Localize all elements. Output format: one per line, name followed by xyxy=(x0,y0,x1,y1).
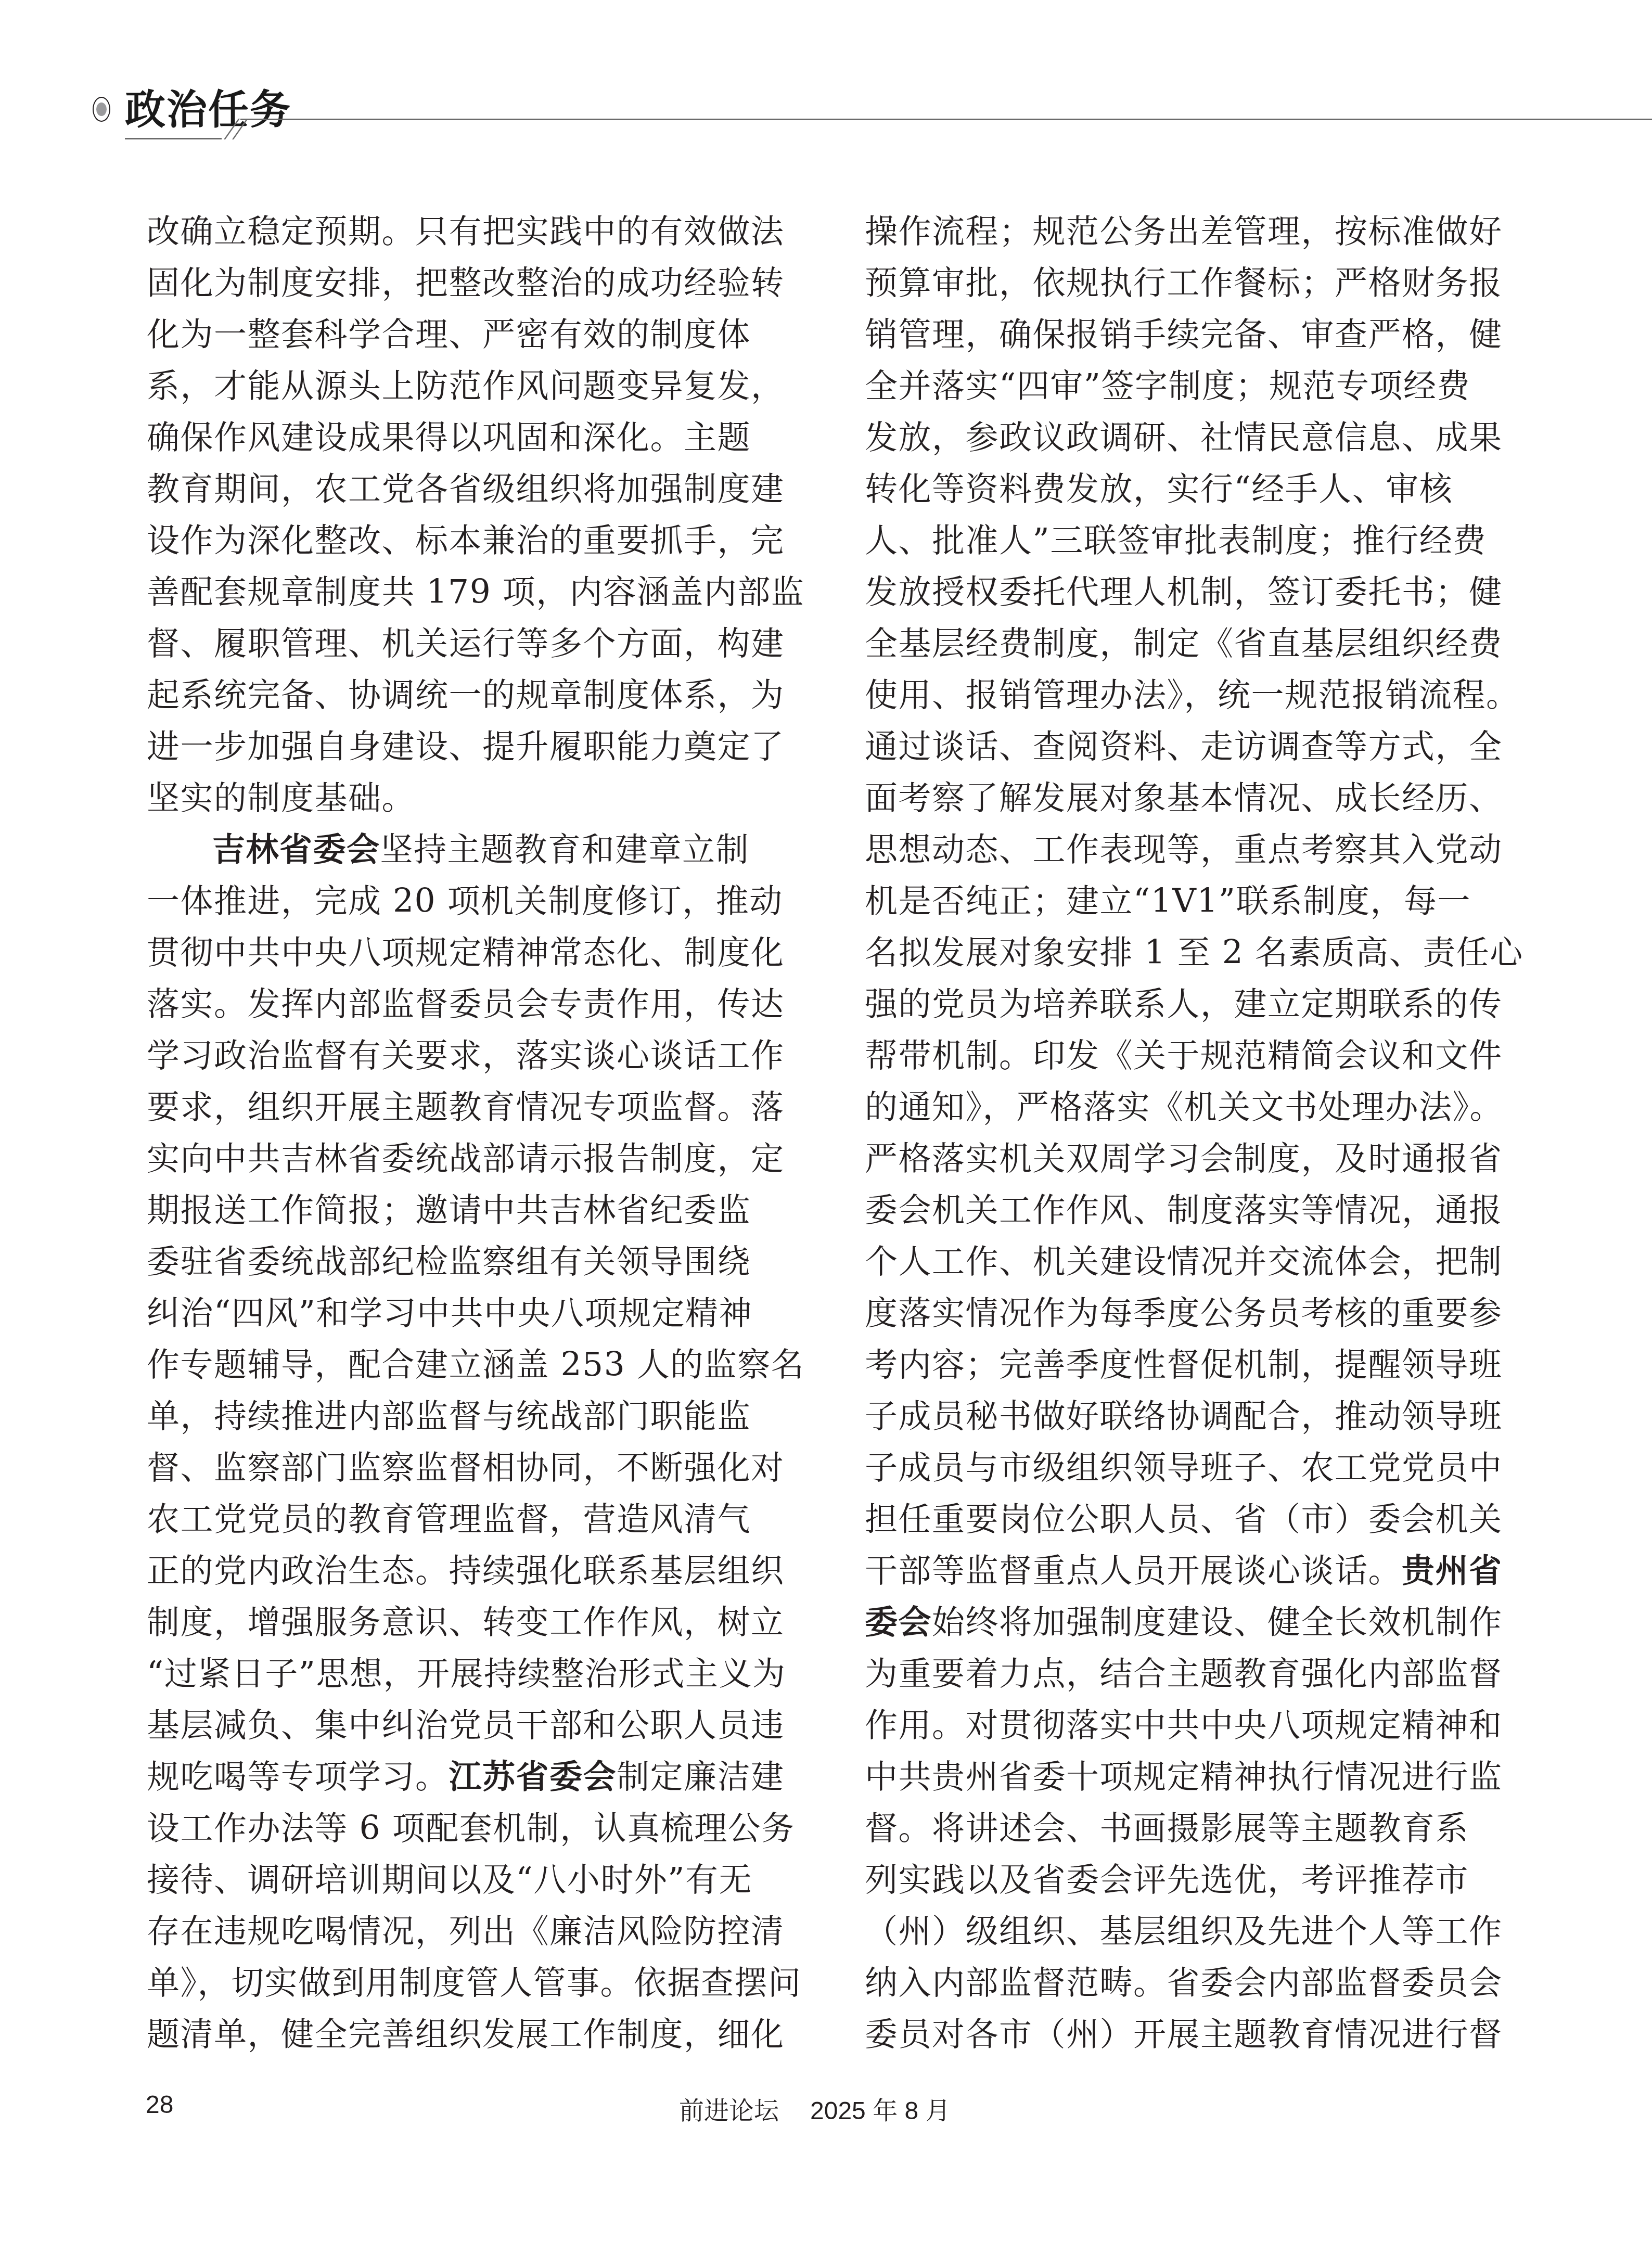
text-line: 题清单，健全完善组织发展工作制度，细化 xyxy=(147,2008,777,2060)
publication-footer: 前进论坛2025 年 8 月 xyxy=(679,2091,951,2126)
text-line: 接待、调研培训期间以及“八小时外”有无 xyxy=(147,1854,777,1905)
text-line: 转化等资料费发放，实行“经手人、审核 xyxy=(865,463,1504,515)
text-line: 纳入内部监督范畴。省委会内部监督委员会 xyxy=(865,1957,1504,2008)
issue-date: 2025 年 8 月 xyxy=(810,2097,951,2125)
text-line: 期报送工作简报；邀请中共吉林省纪委监 xyxy=(147,1184,777,1236)
text-line: 面考察了解发展对象基本情况、成长经历、 xyxy=(865,772,1504,824)
text-line: 督。将讲述会、书画摄影展等主题教育系 xyxy=(865,1802,1504,1854)
text-line: 善配套规章制度共 179 项，内容涵盖内部监 xyxy=(147,566,777,618)
text-line: 思想动态、工作表现等，重点考察其入党动 xyxy=(865,824,1504,875)
text-line: 委会机关工作作风、制度落实等情况，通报 xyxy=(865,1184,1504,1236)
org-name-jiangsu: 江苏省委会 xyxy=(449,1757,617,1796)
header-rule-right xyxy=(240,119,1652,120)
right-column: 操作流程；规范公务出差管理，按标准做好 预算审批，依规执行工作餐标；严格财务报 … xyxy=(865,206,1504,2060)
text-line: 督、履职管理、机关运行等多个方面，构建 xyxy=(147,618,777,669)
left-column: 改确立稳定预期。只有把实践中的有效做法 固化为制度安排，把整改整治的成功经验转 … xyxy=(147,206,777,2060)
text-line: 预算审批，依规执行工作餐标；严格财务报 xyxy=(865,257,1504,309)
text-line: 贯彻中共中央八项规定精神常态化、制度化 xyxy=(147,927,777,978)
text-line: 落实。发挥内部监督委员会专责作用，传达 xyxy=(147,978,777,1030)
text-line: 列实践以及省委会评先选优，考评推荐市 xyxy=(865,1854,1504,1905)
text-line: 名拟发展对象安排 1 至 2 名素质高、责任心 xyxy=(865,927,1504,978)
text-line: 存在违规吃喝情况，列出《廉洁风险防控清 xyxy=(147,1905,777,1957)
section-title: 政治任务 xyxy=(125,89,291,131)
text-line: 单，持续推进内部监督与统战部门职能监 xyxy=(147,1390,777,1442)
text-line: 正的党内政治生态。持续强化联系基层组织 xyxy=(147,1545,777,1596)
org-name-guizhou-cont: 委会 xyxy=(865,1603,932,1641)
text-line: 要求，组织开展主题教育情况专项监督。落 xyxy=(147,1081,777,1133)
text-line: 单》，切实做到用制度管人管事。依据查摆问 xyxy=(147,1957,777,2008)
text-line: 销管理，确保报销手续完备、审查严格，健 xyxy=(865,309,1504,360)
text-line: 担任重要岗位公职人员、省（市）委会机关 xyxy=(865,1493,1504,1545)
text-line: 设工作办法等 6 项配套机制，认真梳理公务 xyxy=(147,1802,777,1854)
text-line: 委会始终将加强制度建设、健全长效机制作 xyxy=(865,1596,1504,1648)
text-line: 学习政治监督有关要求，落实谈心谈话工作 xyxy=(147,1030,777,1081)
org-name-jilin: 吉林省委会 xyxy=(212,830,380,868)
text-line-jiangsu: 规吃喝等专项学习。江苏省委会制定廉洁建 xyxy=(147,1751,777,1802)
text-line: 纠治“四风”和学习中共中央八项规定精神 xyxy=(147,1287,777,1339)
text-line: 改确立稳定预期。只有把实践中的有效做法 xyxy=(147,206,777,257)
bullet-circle-icon xyxy=(93,97,110,122)
text-line: 使用、报销管理办法》，统一规范报销流程。 xyxy=(865,669,1504,721)
text-line: 起系统完备、协调统一的规章制度体系，为 xyxy=(147,669,777,721)
text-line: 中共贵州省委十项规定精神执行情况进行监 xyxy=(865,1751,1504,1802)
text-line: 坚实的制度基础。 xyxy=(147,772,777,824)
page-number: 28 xyxy=(146,2091,173,2119)
text-line: 的通知》，严格落实《机关文书处理办法》。 xyxy=(865,1081,1504,1133)
header-rule-left xyxy=(125,138,222,139)
text-line: 严格落实机关双周学习会制度，及时通报省 xyxy=(865,1133,1504,1184)
text-line: 委员对各市（州）开展主题教育情况进行督 xyxy=(865,2008,1504,2060)
text-line: 确保作风建设成果得以巩固和深化。主题 xyxy=(147,412,777,463)
text-line: 作专题辅导，配合建立涵盖 253 人的监察名 xyxy=(147,1339,777,1390)
text-line: 系，才能从源头上防范作风问题变异复发， xyxy=(147,360,777,412)
text-line: （州）级组织、基层组织及先进个人等工作 xyxy=(865,1905,1504,1957)
text-line: 为重要着力点，结合主题教育强化内部监督 xyxy=(865,1648,1504,1699)
text-line: 操作流程；规范公务出差管理，按标准做好 xyxy=(865,206,1504,257)
text-line: 个人工作、机关建设情况并交流体会，把制 xyxy=(865,1236,1504,1287)
text-line: 子成员与市级组织领导班子、农工党党员中 xyxy=(865,1442,1504,1493)
text-line: 实向中共吉林省委统战部请示报告制度，定 xyxy=(147,1133,777,1184)
text-line: 发放授权委托代理人机制，签订委托书；健 xyxy=(865,566,1504,618)
text-line: 进一步加强自身建设、提升履职能力奠定了 xyxy=(147,721,777,772)
text-line: 发放，参政议政调研、社情民意信息、成果 xyxy=(865,412,1504,463)
publication-name: 前进论坛 xyxy=(679,2097,779,2125)
text-line: 督、监察部门监察监督相协同，不断强化对 xyxy=(147,1442,777,1493)
text-line: 化为一整套科学合理、严密有效的制度体 xyxy=(147,309,777,360)
text-line-guizhou: 干部等监督重点人员开展谈心谈话。贵州省 xyxy=(865,1545,1504,1596)
text-line: 通过谈话、查阅资料、走访调查等方式，全 xyxy=(865,721,1504,772)
text-line: 固化为制度安排，把整改整治的成功经验转 xyxy=(147,257,777,309)
section-header: 政治任务 xyxy=(0,0,1652,156)
text-line: 机是否纯正；建立“1V1”联系制度，每一 xyxy=(865,875,1504,927)
text-line: “过紧日子”思想，开展持续整治形式主义为 xyxy=(147,1648,777,1699)
text-line: 人、批准人”三联签审批表制度；推行经费 xyxy=(865,515,1504,566)
text-line: 考内容；完善季度性督促机制，提醒领导班 xyxy=(865,1339,1504,1390)
text-line: 委驻省委统战部纪检监察组有关领导围绕 xyxy=(147,1236,777,1287)
text-line: 帮带机制。印发《关于规范精简会议和文件 xyxy=(865,1030,1504,1081)
text-line: 制度，增强服务意识、转变工作作风，树立 xyxy=(147,1596,777,1648)
text-line: 一体推进，完成 20 项机关制度修订，推动 xyxy=(147,875,777,927)
text-line: 教育期间，农工党各省级组织将加强制度建 xyxy=(147,463,777,515)
text-line: 强的党员为培养联系人，建立定期联系的传 xyxy=(865,978,1504,1030)
text-line: 农工党党员的教育管理监督，营造风清气 xyxy=(147,1493,777,1545)
text-line: 基层减负、集中纠治党员干部和公职人员违 xyxy=(147,1699,777,1751)
text-line: 全基层经费制度，制定《省直基层组织经费 xyxy=(865,618,1504,669)
text-line: 全并落实“四审”签字制度；规范专项经费 xyxy=(865,360,1504,412)
text-line: 子成员秘书做好联络协调配合，推动领导班 xyxy=(865,1390,1504,1442)
text-line: 度落实情况作为每季度公务员考核的重要参 xyxy=(865,1287,1504,1339)
paragraph-start-jilin: 吉林省委会坚持主题教育和建章立制 xyxy=(147,824,777,875)
text-line: 作用。对贯彻落实中共中央八项规定精神和 xyxy=(865,1699,1504,1751)
org-name-guizhou: 贵州省 xyxy=(1402,1551,1503,1590)
text-line: 设作为深化整改、标本兼治的重要抓手，完 xyxy=(147,515,777,566)
